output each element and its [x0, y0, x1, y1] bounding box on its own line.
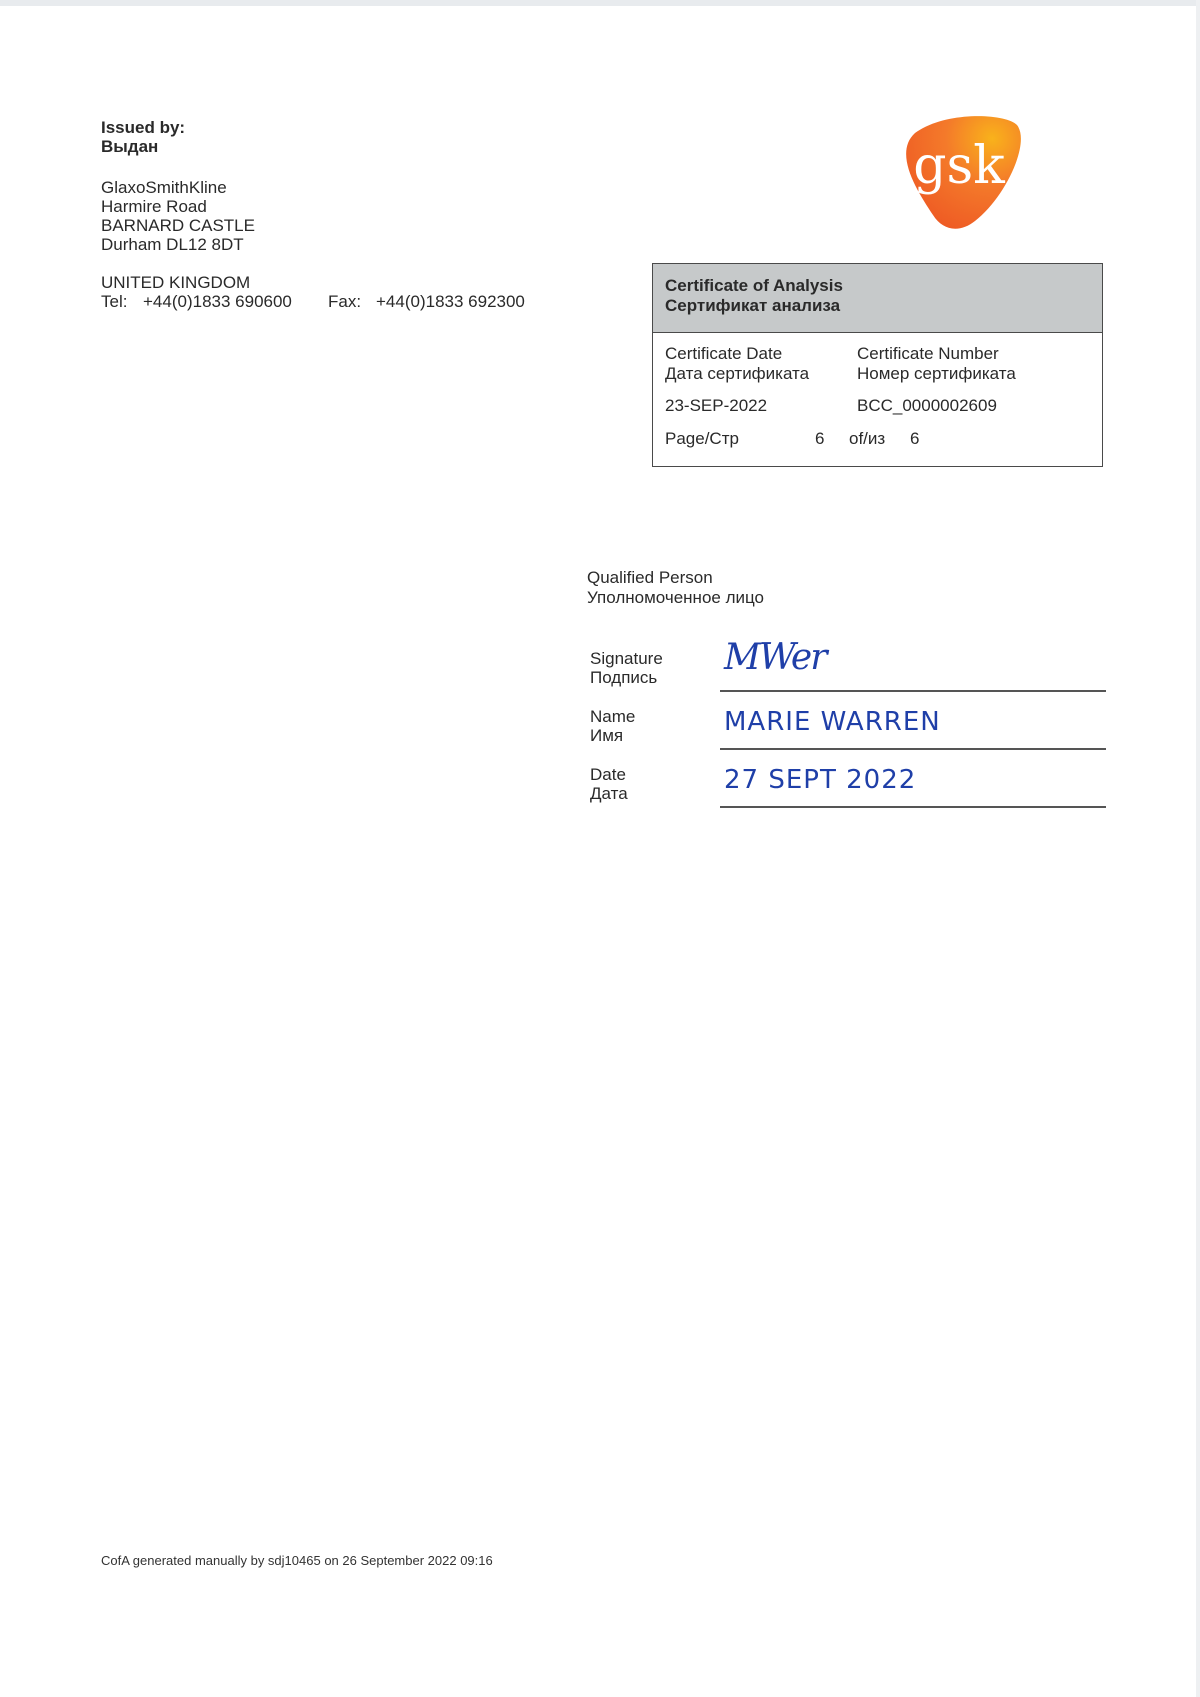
certificate-number-label-ru: Номер сертификата: [857, 364, 1016, 384]
qualified-person-title-en: Qualified Person: [587, 568, 764, 588]
certificate-labels-row: Certificate Date Дата сертификата Certif…: [653, 333, 1102, 393]
certificate-info-box: Certificate of Analysis Сертификат анали…: [652, 263, 1103, 467]
svg-text:gsk: gsk: [913, 136, 1005, 196]
certificate-date-label-en: Certificate Date: [665, 344, 809, 364]
address-line: Durham DL12 8DT: [101, 235, 525, 254]
certificate-title: Certificate of Analysis Сертификат анали…: [653, 264, 1102, 333]
signature-label-en: Signature: [590, 649, 663, 668]
issued-by-label-ru: Выдан: [101, 137, 525, 156]
issuer-contact: Tel:+44(0)1833 690600Fax:+44(0)1833 6923…: [101, 292, 525, 311]
certificate-title-en: Certificate of Analysis: [665, 276, 1102, 296]
name-label-en: Name: [590, 707, 635, 726]
certificate-date-label: Certificate Date Дата сертификата: [665, 344, 809, 384]
certificate-number-label: Certificate Number Номер сертификата: [857, 344, 1016, 384]
date-field: Date Дата 27 SEPT 2022: [590, 761, 1106, 819]
fax-number: +44(0)1833 692300: [376, 292, 525, 311]
name-label-ru: Имя: [590, 726, 635, 745]
certificate-title-ru: Сертификат анализа: [665, 296, 1102, 316]
issuer-block: Issued by: Выдан GlaxoSmithKline Harmire…: [101, 118, 525, 311]
date-line: [720, 806, 1106, 808]
issuer-address: GlaxoSmithKline Harmire Road BARNARD CAS…: [101, 178, 525, 254]
certificate-number-label-en: Certificate Number: [857, 344, 1016, 364]
address-line: BARNARD CASTLE: [101, 216, 525, 235]
signature-field: Signature Подпись MWer: [590, 645, 1106, 703]
name-field: Name Имя MARIE WARREN: [590, 703, 1106, 761]
signature-label: Signature Подпись: [590, 649, 663, 687]
scan-edge-top: [0, 0, 1200, 6]
scan-edge-right: [1196, 0, 1200, 1697]
handwritten-name: MARIE WARREN: [724, 707, 941, 737]
tel-label: Tel:: [101, 292, 143, 311]
issuer-country: UNITED KINGDOM: [101, 273, 525, 292]
certificate-values-row: 23-SEP-2022 BCC_0000002609: [653, 393, 1102, 427]
handwritten-signature: MWer: [724, 637, 825, 678]
name-line: [720, 748, 1106, 750]
certificate-number-value: BCC_0000002609: [857, 396, 997, 416]
date-label-en: Date: [590, 765, 628, 784]
name-label: Name Имя: [590, 707, 635, 745]
fax-label: Fax:: [328, 292, 376, 311]
qualified-person-heading: Qualified Person Уполномоченное лицо: [587, 568, 764, 608]
page-label: Page/Стр: [665, 429, 739, 449]
gsk-logo-icon: gsk: [875, 103, 1035, 243]
total-pages: 6: [910, 429, 919, 449]
handwritten-date: 27 SEPT 2022: [724, 765, 916, 795]
date-label-ru: Дата: [590, 784, 628, 803]
date-label: Date Дата: [590, 765, 628, 803]
qualified-person-title-ru: Уполномоченное лицо: [587, 588, 764, 608]
certificate-date-value: 23-SEP-2022: [665, 396, 767, 416]
qualified-person-signoff: Signature Подпись MWer Name Имя MARIE WA…: [590, 645, 1106, 819]
page-indicator-row: Page/Стр 6 of/из 6: [653, 427, 1102, 465]
address-line: Harmire Road: [101, 197, 525, 216]
signature-line: [720, 690, 1106, 692]
address-line: GlaxoSmithKline: [101, 178, 525, 197]
page-number: 6: [815, 429, 824, 449]
certificate-date-label-ru: Дата сертификата: [665, 364, 809, 384]
of-label: of/из: [849, 429, 885, 449]
generation-footer: CofA generated manually by sdj10465 on 2…: [101, 1553, 493, 1568]
signature-label-ru: Подпись: [590, 668, 663, 687]
issued-by-label-en: Issued by:: [101, 118, 525, 137]
tel-number: +44(0)1833 690600: [143, 292, 328, 311]
